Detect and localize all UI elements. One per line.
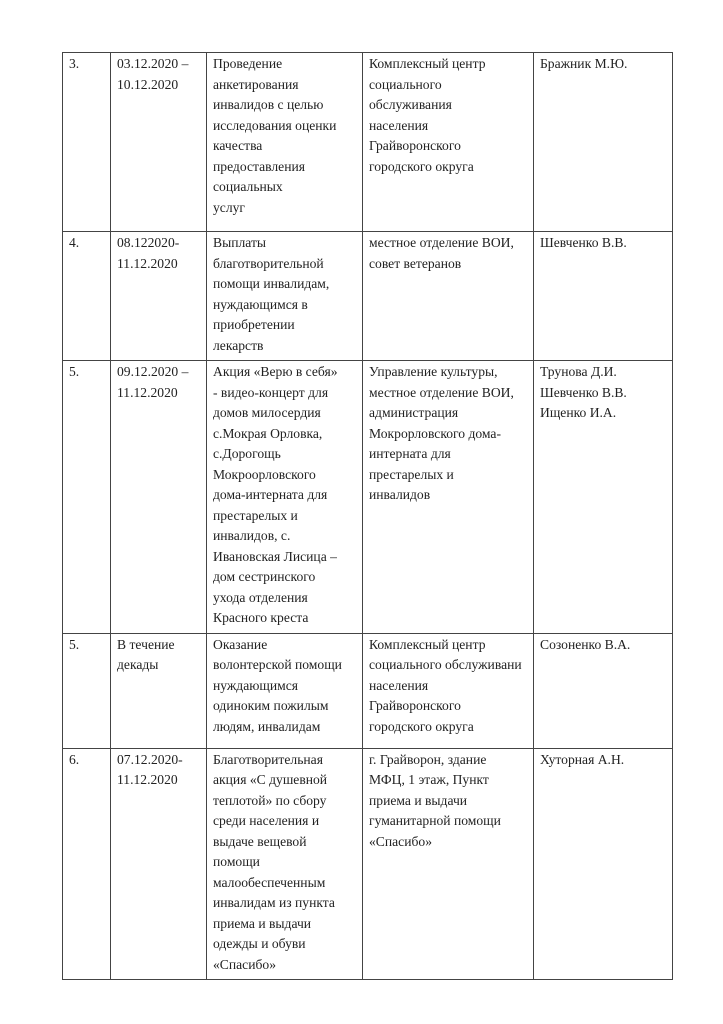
row-number: 5. — [63, 361, 111, 634]
row-event: Акция «Верю в себя» - видео-концерт для … — [207, 361, 363, 634]
row-event: Выплаты благотворительной помощи инвалид… — [207, 232, 363, 361]
row-organizer: местное отделение ВОИ, совет ветеранов — [363, 232, 534, 361]
table-row: 5. 09.12.2020 – 11.12.2020 Акция «Верю в… — [63, 361, 673, 634]
row-dates: 08.122020- 11.12.2020 — [111, 232, 207, 361]
events-table: 3. 03.12.2020 – 10.12.2020 Проведение ан… — [62, 52, 673, 980]
table-row: 3. 03.12.2020 – 10.12.2020 Проведение ан… — [63, 53, 673, 232]
table-row: 5. В течение декады Оказание волонтерско… — [63, 633, 673, 748]
row-responsible: Созоненко В.А. — [534, 633, 673, 748]
row-number: 5. — [63, 633, 111, 748]
row-organizer: Комплексный центр социального обслуживан… — [363, 633, 534, 748]
table-row: 4. 08.122020- 11.12.2020 Выплаты благотв… — [63, 232, 673, 361]
row-organizer: Комплексный центр социального обслуживан… — [363, 53, 534, 232]
row-responsible: Шевченко В.В. — [534, 232, 673, 361]
table-row: 6. 07.12.2020- 11.12.2020 Благотворитель… — [63, 748, 673, 980]
row-event: Проведение анкетирования инвалидов с цел… — [207, 53, 363, 232]
row-number: 6. — [63, 748, 111, 980]
row-dates: 03.12.2020 – 10.12.2020 — [111, 53, 207, 232]
row-responsible: Трунова Д.И. Шевченко В.В. Ищенко И.А. — [534, 361, 673, 634]
row-event: Оказание волонтерской помощи нуждающимся… — [207, 633, 363, 748]
row-dates: В течение декады — [111, 633, 207, 748]
row-organizer: Управление культуры, местное отделение В… — [363, 361, 534, 634]
row-number: 3. — [63, 53, 111, 232]
row-responsible: Бражник М.Ю. — [534, 53, 673, 232]
row-number: 4. — [63, 232, 111, 361]
row-dates: 07.12.2020- 11.12.2020 — [111, 748, 207, 980]
row-dates: 09.12.2020 – 11.12.2020 — [111, 361, 207, 634]
row-event: Благотворительная акция «С душевной тепл… — [207, 748, 363, 980]
row-organizer: г. Грайворон, здание МФЦ, 1 этаж, Пункт … — [363, 748, 534, 980]
row-responsible: Хуторная А.Н. — [534, 748, 673, 980]
